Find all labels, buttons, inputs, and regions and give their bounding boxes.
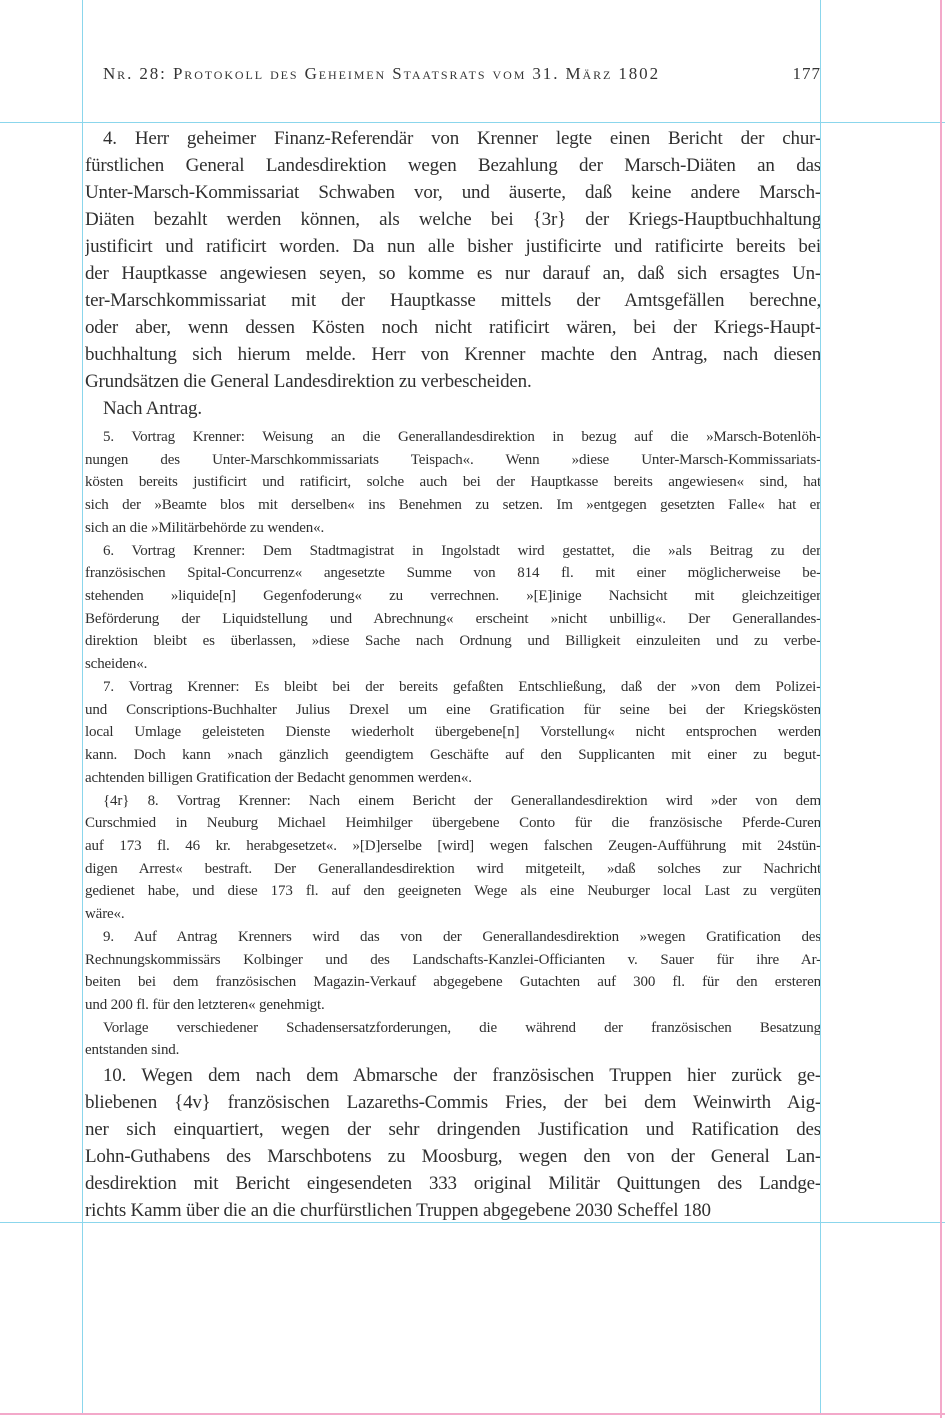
paragraph: Vorlage verschiedener Schadensersatzford… — [85, 1017, 821, 1062]
text-line: ner sich einquartiert, wegen der sehr dr… — [85, 1116, 821, 1143]
text-line: Lohn-Guthabens des Marschbotens zu Moosb… — [85, 1143, 821, 1170]
text-line: 9. Auf Antrag Krenners wird das von der … — [85, 926, 821, 949]
text-line: französischen Spital-Concurrenz« angeset… — [85, 562, 821, 585]
text-line: achtenden billigen Gratification der Bed… — [85, 767, 821, 790]
text-line: und 200 fl. für den letzteren« genehmigt… — [85, 994, 821, 1017]
trim-line-bottom — [0, 1413, 945, 1415]
text-line: Grundsätzen die General Landesdirektion … — [85, 368, 821, 395]
paragraph: 9. Auf Antrag Krenners wird das von der … — [85, 926, 821, 1017]
text-line: fürstlichen General Landesdirektion wege… — [85, 152, 821, 179]
text-line: Rechnungskommissärs Kolbinger und des La… — [85, 949, 821, 972]
page-sheet: Nr. 28: Protokoll des Geheimen Staatsrat… — [0, 0, 945, 1418]
text-line: bliebenen {4v} französischen Lazareths-C… — [85, 1089, 821, 1116]
paragraph: Nach Antrag. — [85, 395, 821, 422]
text-line: 6. Vortrag Krenner: Dem Stadtmagistrat i… — [85, 540, 821, 563]
crop-guide-vertical-left — [82, 0, 83, 1415]
text-line: {4r} 8. Vortrag Krenner: Nach einem Beri… — [85, 790, 821, 813]
text-line: auf 173 fl. 46 kr. herabgesetzet«. »[D]e… — [85, 835, 821, 858]
paragraph: 6. Vortrag Krenner: Dem Stadtmagistrat i… — [85, 540, 821, 676]
text-line: 5. Vortrag Krenner: Weisung an die Gener… — [85, 426, 821, 449]
text-line: Curschmied in Neuburg Michael Heimhilger… — [85, 812, 821, 835]
text-line: Vorlage verschiedener Schadensersatzford… — [85, 1017, 821, 1040]
text-line: richts Kamm über die an die churfürstlic… — [85, 1197, 821, 1224]
text-line: kösten bereits justificirt und ratificir… — [85, 471, 821, 494]
text-line: sich an die »Militärbehörde zu wenden«. — [85, 517, 821, 540]
text-line: und Conscriptions-Buchhalter Julius Drex… — [85, 699, 821, 722]
text-line: ter-Marschkommissariat mit der Hauptkass… — [85, 287, 821, 314]
text-line: buchhaltung sich hierum melde. Herr von … — [85, 341, 821, 368]
paragraph: 4. Herr geheimer Finanz-Referendär von K… — [85, 125, 821, 395]
text-line: Diäten bezahlt werden können, als welche… — [85, 206, 821, 233]
text-line: Nach Antrag. — [85, 395, 821, 422]
text-line: entstanden sind. — [85, 1039, 821, 1062]
text-line: digen Arrest« bestraft. Der Generallande… — [85, 858, 821, 881]
text-line: justificirt und ratificirt worden. Da nu… — [85, 233, 821, 260]
text-line: desdirektion mit Bericht eingesendeten 3… — [85, 1170, 821, 1197]
text-line: kann. Doch kann »nach gänzlich geendigte… — [85, 744, 821, 767]
text-block: 4. Herr geheimer Finanz-Referendär von K… — [85, 123, 821, 1224]
text-line: stehenden »liquide[n] Gegenfoderung« zu … — [85, 585, 821, 608]
text-line: scheiden«. — [85, 653, 821, 676]
page-number: 177 — [793, 63, 822, 85]
text-line: direktion bleibt es überlassen, »diese S… — [85, 630, 821, 653]
paragraph: {4r} 8. Vortrag Krenner: Nach einem Beri… — [85, 790, 821, 926]
paragraph: 10. Wegen dem nach dem Abmarsche der fra… — [85, 1062, 821, 1224]
header-title: Nr. 28: Protokoll des Geheimen Staatsrat… — [103, 63, 660, 85]
running-header: Nr. 28: Protokoll des Geheimen Staatsrat… — [85, 63, 821, 85]
text-line: 10. Wegen dem nach dem Abmarsche der fra… — [85, 1062, 821, 1089]
text-line: Unter-Marsch-Kommissariat Schwaben vor, … — [85, 179, 821, 206]
text-line: gedienet habe, und diese 173 fl. auf den… — [85, 880, 821, 903]
trim-line-right — [940, 0, 942, 1418]
text-line: der Hauptkasse angewiesen seyen, so komm… — [85, 260, 821, 287]
text-line: 4. Herr geheimer Finanz-Referendär von K… — [85, 125, 821, 152]
text-line: sich der »Beamte blos mit derselben« ins… — [85, 494, 821, 517]
paragraph: 5. Vortrag Krenner: Weisung an die Gener… — [85, 426, 821, 540]
text-line: Beförderung der Liquidstellung und Abrec… — [85, 608, 821, 631]
paragraph: 7. Vortrag Krenner: Es bleibt bei der be… — [85, 676, 821, 790]
text-line: nungen des Unter-Marschkommissariats Tei… — [85, 449, 821, 472]
text-line: wäre«. — [85, 903, 821, 926]
text-line: oder aber, wenn dessen Kösten noch nicht… — [85, 314, 821, 341]
text-line: local Umlage geleisteten Dienste wiederh… — [85, 721, 821, 744]
text-line: beiten bei dem französischen Magazin-Ver… — [85, 971, 821, 994]
text-line: 7. Vortrag Krenner: Es bleibt bei der be… — [85, 676, 821, 699]
